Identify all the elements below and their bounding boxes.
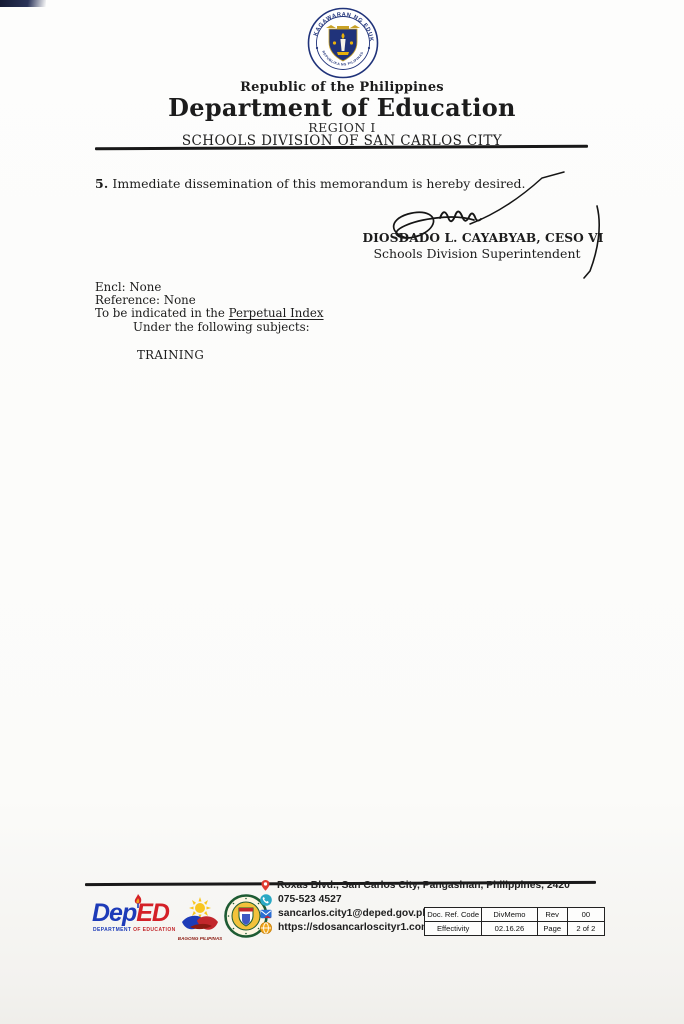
deped-word-blue: Dep	[92, 899, 136, 927]
perpetual-line: To be indicated in the Perpetual Index	[95, 307, 324, 320]
deped-torch-flame-icon	[132, 894, 144, 908]
deped-sub-right: OF EDUCATION	[133, 927, 175, 933]
signatory-title: Schools Division Superintendent	[352, 246, 602, 261]
doc-ref-code-label: Doc. Ref. Code	[425, 908, 482, 922]
table-row: Doc. Ref. Code DivMemo Rev 00	[425, 908, 605, 922]
globe-icon	[260, 922, 272, 934]
phone-icon	[260, 894, 272, 906]
scanned-memo-page: KAGAWARAN NG EDUKASYON REPUBLIKA NG PILI…	[0, 0, 684, 1024]
deped-logo-subtext: DEPARTMENT OF EDUCATION	[93, 927, 176, 933]
scan-artifact	[0, 0, 46, 7]
bagong-sun-icon	[189, 897, 211, 919]
bagong-logo-text: BAGONG PILIPINAS	[178, 936, 222, 941]
signatory-name: DIOSDADO L. CAYABYAB, CESO VI	[352, 231, 614, 245]
contact-website: https://sdosancarloscityr1.com	[278, 922, 430, 933]
location-pin-icon	[260, 879, 271, 892]
signature-ink	[352, 158, 614, 283]
doc-ref-code-value: DivMemo	[482, 908, 537, 922]
effectivity-value: 02.16.26	[482, 922, 537, 936]
table-row: Effectivity 02.16.26 Page 2 of 2	[425, 922, 605, 936]
contact-phone: 075-523 4527	[278, 894, 342, 905]
contact-address: Roxas Blvd., San Carlos City, Pangasinan…	[277, 880, 570, 891]
document-reference-table: Doc. Ref. Code DivMemo Rev 00 Effectivit…	[424, 907, 605, 936]
deped-sub-left: DEPARTMENT	[93, 927, 133, 933]
perpetual-index-label: Perpetual Index	[229, 306, 324, 320]
bagong-pilipinas-logo: BAGONG PILIPINAS	[178, 896, 222, 944]
page-value: 2 of 2	[567, 922, 604, 936]
contact-email: sancarlos.city1@deped.gov.ph	[278, 908, 429, 919]
enclosure-block: Encl: None Reference: None To be indicat…	[95, 281, 324, 362]
email-icon	[260, 909, 272, 919]
subject-training: TRAINING	[95, 349, 324, 362]
rev-value: 00	[567, 908, 604, 922]
paragraph-number: 5.	[95, 176, 108, 191]
under-subjects-line: Under the following subjects:	[95, 321, 324, 334]
deped-seal-icon: KAGAWARAN NG EDUKASYON REPUBLIKA NG PILI…	[307, 7, 379, 79]
page-label: Page	[537, 922, 567, 936]
deped-logo: DepED DEPARTMENT OF EDUCATION	[92, 899, 180, 941]
perpetual-prefix: To be indicated in the	[95, 306, 229, 320]
contact-phone-line: 075-523 4527	[260, 893, 585, 906]
contact-address-line: Roxas Blvd., San Carlos City, Pangasinan…	[260, 879, 585, 892]
effectivity-label: Effectivity	[425, 922, 482, 936]
deped-logo-word: DepED	[92, 901, 169, 925]
header-department-line: Department of Education	[0, 93, 684, 122]
rev-label: Rev	[537, 908, 567, 922]
